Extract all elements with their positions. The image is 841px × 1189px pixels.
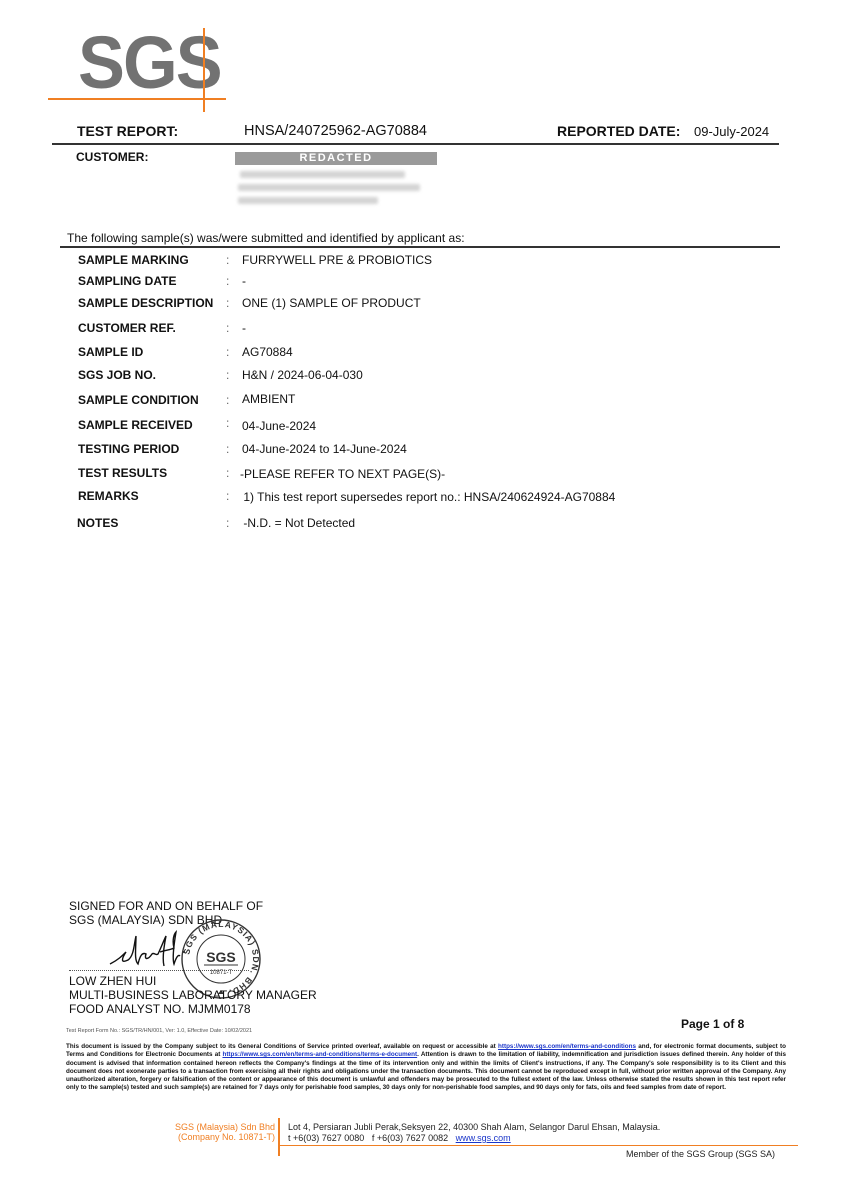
footer-member-statement: Member of the SGS Group (SGS SA) <box>626 1149 775 1159</box>
handwritten-signature <box>108 930 188 974</box>
reported-date-label: REPORTED DATE: <box>557 123 680 139</box>
field-label: SAMPLE RECEIVED <box>78 418 193 432</box>
field-value: -N.D. = Not Detected <box>240 516 355 530</box>
field-label: SAMPLE ID <box>78 345 143 359</box>
field-value: 1) This test report supersedes report no… <box>240 490 615 504</box>
customer-redacted-bar: REDACTED <box>235 152 437 165</box>
field-value: ONE (1) SAMPLE OF PRODUCT <box>242 296 421 310</box>
field-colon: : <box>226 296 229 310</box>
field-colon: : <box>226 345 229 359</box>
intro-statement: The following sample(s) was/were submitt… <box>67 231 465 245</box>
field-colon: : <box>226 416 229 430</box>
test-report-number: HNSA/240725962-AG70884 <box>244 123 427 139</box>
redacted-address-line <box>238 184 420 191</box>
footer-address: Lot 4, Persiaran Jubli Perak,Seksyen 22,… <box>288 1122 660 1133</box>
field-colon: : <box>226 321 229 335</box>
header-divider <box>52 143 779 145</box>
footer-company-number: (Company No. 10871-T) <box>150 1132 275 1142</box>
reported-date-value: 09-July-2024 <box>694 124 769 139</box>
footer-contact: Lot 4, Persiaran Jubli Perak,Seksyen 22,… <box>288 1122 660 1144</box>
footer-company: SGS (Malaysia) Sdn Bhd (Company No. 1087… <box>150 1122 275 1142</box>
field-value: FURRYWELL PRE & PROBIOTICS <box>242 253 432 267</box>
field-value: 04-June-2024 <box>242 419 316 433</box>
field-value: AG70884 <box>242 345 293 359</box>
field-label: REMARKS <box>78 489 139 503</box>
customer-label: CUSTOMER: <box>76 150 148 164</box>
svg-text:SGS: SGS <box>206 949 236 965</box>
field-value: -PLEASE REFER TO NEXT PAGE(S)- <box>240 467 445 481</box>
field-colon: : <box>226 442 229 456</box>
form-number: Test Report Form No.: SGS/TR/HN/001, Ver… <box>66 1028 252 1034</box>
signatory-title: MULTI-BUSINESS LABORATORY MANAGER <box>69 988 317 1002</box>
field-value: AMBIENT <box>242 392 295 406</box>
redacted-address-line <box>240 171 405 178</box>
footer-website-link[interactable]: www.sgs.com <box>456 1133 511 1143</box>
test-report-label: TEST REPORT: <box>77 123 178 139</box>
field-value: - <box>242 274 246 288</box>
sgs-logo: SGS <box>78 26 221 100</box>
footer-phone: t +6(03) 7627 0080 <box>288 1133 364 1143</box>
signatory-name: LOW ZHEN HUI <box>69 974 156 988</box>
field-colon: : <box>226 393 229 407</box>
terms-conditions-link[interactable]: https://www.sgs.com/en/terms-and-conditi… <box>498 1043 636 1050</box>
field-value: H&N / 2024-06-04-030 <box>242 368 363 382</box>
field-label: CUSTOMER REF. <box>78 321 176 335</box>
field-value: - <box>242 321 246 335</box>
footer-accent-vertical-line <box>278 1118 280 1156</box>
footer-company-name: SGS (Malaysia) Sdn Bhd <box>150 1122 275 1132</box>
redacted-address-line <box>238 197 378 204</box>
field-colon: : <box>226 516 229 530</box>
field-value: 04-June-2024 to 14-June-2024 <box>242 442 407 456</box>
field-label: SGS JOB NO. <box>78 368 156 382</box>
field-label: TEST RESULTS <box>78 466 167 480</box>
field-label: SAMPLE CONDITION <box>78 393 199 407</box>
intro-divider <box>60 246 780 248</box>
footer-fax: f +6(03) 7627 0082 <box>372 1133 448 1143</box>
legal-disclaimer: This document is issued by the Company s… <box>66 1043 786 1093</box>
signed-for-line: SIGNED FOR AND ON BEHALF OF <box>69 899 263 913</box>
field-label: SAMPLE MARKING <box>78 253 189 267</box>
field-colon: : <box>226 466 229 480</box>
field-colon: : <box>226 274 229 288</box>
footer-accent-horizontal-line <box>278 1145 798 1146</box>
food-analyst-number: FOOD ANALYST NO. MJMM0178 <box>69 1002 251 1016</box>
terms-e-document-link[interactable]: https://www.sgs.com/en/terms-and-conditi… <box>222 1051 417 1058</box>
signature-dotted-line <box>69 970 249 971</box>
field-label: SAMPLING DATE <box>78 274 176 288</box>
logo-accent-vertical-line <box>203 28 205 112</box>
field-label: TESTING PERIOD <box>78 442 179 456</box>
field-colon: : <box>226 489 229 503</box>
disclaimer-text: This document is issued by the Company s… <box>66 1043 498 1050</box>
field-colon: : <box>226 253 229 267</box>
footer-phone-fax: t +6(03) 7627 0080 f +6(03) 7627 0082 ww… <box>288 1133 660 1144</box>
field-label: NOTES <box>77 516 118 530</box>
field-label: SAMPLE DESCRIPTION <box>78 296 213 310</box>
field-colon: : <box>226 368 229 382</box>
logo-accent-horizontal-line <box>48 98 226 100</box>
page-indicator: Page 1 of 8 <box>681 1017 744 1031</box>
